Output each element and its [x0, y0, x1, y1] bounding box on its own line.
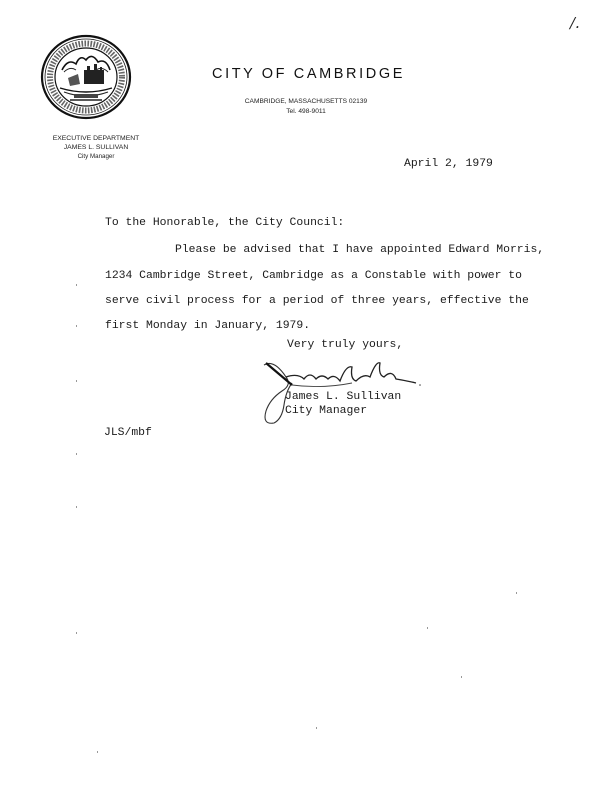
page-number-mark: /.: [570, 14, 580, 32]
scan-speck: [76, 284, 77, 286]
scan-speck: [76, 632, 77, 634]
scan-speck: [516, 592, 517, 594]
letter-closing: Very truly yours,: [287, 339, 403, 351]
signer-title: City Manager: [285, 405, 367, 417]
letterhead-contact: CAMBRIDGE, MASSACHUSETTS 02139 Tel. 498-…: [222, 97, 390, 117]
letter-page: /. CITY OF CAMBRIDGE CAMBRIDGE, MASSACHU…: [0, 0, 592, 800]
letterhead-title: CITY OF CAMBRIDGE: [212, 66, 405, 82]
letter-salutation: To the Honorable, the City Council:: [105, 217, 344, 229]
department-official: JAMES L. SULLIVAN: [40, 143, 152, 152]
letterhead-address: CAMBRIDGE, MASSACHUSETTS 02139: [222, 97, 390, 107]
letterhead-phone: Tel. 498-9011: [222, 107, 390, 117]
scan-speck: [461, 676, 462, 678]
scan-speck: [316, 727, 317, 729]
letter-date: April 2, 1979: [404, 158, 493, 170]
department-block: EXECUTIVE DEPARTMENT JAMES L. SULLIVAN C…: [40, 134, 152, 161]
letter-body-line: serve civil process for a period of thre…: [105, 295, 529, 307]
city-seal-icon: [40, 34, 132, 120]
signer-name: James L. Sullivan: [285, 391, 401, 403]
scan-speck: [97, 751, 98, 753]
scan-speck: [76, 325, 77, 327]
scan-speck: [76, 380, 77, 382]
department-name: EXECUTIVE DEPARTMENT: [40, 134, 152, 143]
department-official-title: City Manager: [40, 152, 152, 161]
letter-body-line: Please be advised that I have appointed …: [175, 244, 544, 256]
typist-initials: JLS/mbf: [104, 427, 152, 439]
scan-speck: [76, 453, 77, 455]
scan-speck: [427, 627, 428, 629]
letter-body-line: 1234 Cambridge Street, Cambridge as a Co…: [105, 270, 522, 282]
scan-speck: [76, 506, 77, 508]
letter-body-line: first Monday in January, 1979.: [105, 320, 310, 332]
